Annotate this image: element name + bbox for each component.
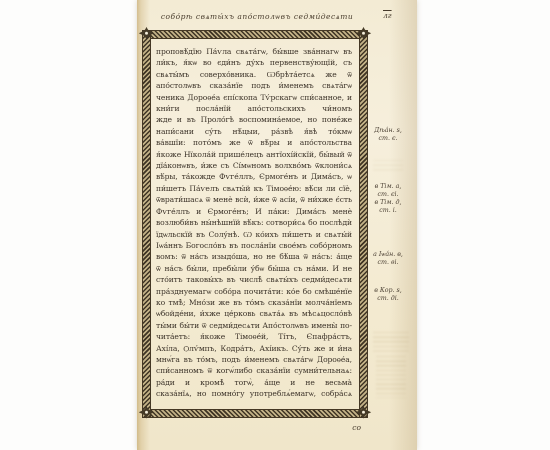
corner-flourish-icon xyxy=(355,405,372,422)
frame-band-bottom xyxy=(142,409,368,418)
frame-band-top xyxy=(142,30,368,39)
text-line: Іѡа́ннъ Богосло́въ въ посла́нїи свое́мъ … xyxy=(156,240,352,251)
margin-note: а Іѡа́н. в, ст. ѳі. xyxy=(370,251,406,267)
text-line: їдѡльскїй въ Солу́нѣ. Ѡ ко́ихъ пи́шетъ и… xyxy=(156,229,352,240)
margin-note: в Кор. ѕ, ст. ді. xyxy=(370,287,406,303)
text-line: пи́шетъ Па́ѵелъ свѧты́й къ Тімоѳе́ю: вѣ́… xyxy=(156,183,352,194)
text-line: ченика Дороѳе́а єпі́скопа Тѵ́рскагѡ спи́… xyxy=(156,92,352,103)
text-line: дїа́конѡвъ, и́же съ Сі́мѡномъ волхво́мъ … xyxy=(156,160,352,171)
text-line: кни́ги посла́нїй апо́стольскихъ чи́номъ … xyxy=(156,103,352,114)
text-line: Фѵге́ллъ и Єрмоге́нъ; И па́ки: Дима́съ м… xyxy=(156,206,352,217)
text-line: пра́зднуемагѡ собо́ра почита́ти: ко́е бо… xyxy=(156,286,352,297)
text-line: напи́сани су́ть нѣ́цыи, ра́звѣ я́вѣ то́к… xyxy=(156,126,352,137)
text-line: вѣ́ры, та́кожде Фѵге́ллъ, Єрмоге́нъ и Ди… xyxy=(156,171,352,182)
corner-flourish-icon xyxy=(138,26,155,43)
screenshot-canvas: собо́рѣ свѧты́хъ апо́столѡвъ седми́десѧт… xyxy=(0,0,550,450)
frame-band-right xyxy=(359,30,368,418)
text-line: ва́вшїи: пото́мъ же ѿ вѣ́ры и апо́стольс… xyxy=(156,137,352,148)
running-header: собо́рѣ свѧты́хъ апо́столѡвъ седми́десѧт… xyxy=(145,12,369,21)
corner-flourish-icon xyxy=(355,26,372,43)
text-line: жде и въ Проло́гѣ воспомина́емое, но пон… xyxy=(156,114,352,125)
text-line: вомъ: ѿ на́съ изыдо́ша, но не бѣ́ша ѿ на… xyxy=(156,251,352,262)
bleedthrough-smudge xyxy=(373,160,403,174)
text-line: возлюби́въ ны́нѣшнїй вѣ́къ: сотвори́сѧ б… xyxy=(156,217,352,228)
text-line: ты́ми бы́ти ѿ седми́десѧти Апо́столѡвъ и… xyxy=(156,320,352,331)
text-line: проповѣ́дїю Па́ѵла свѧта́гѡ, бы́вше зва́… xyxy=(156,46,352,57)
bleedthrough-smudge xyxy=(376,356,406,398)
body-text: проповѣ́дїю Па́ѵла свѧта́гѡ, бы́вше зва́… xyxy=(156,46,352,402)
folio-number: лг xyxy=(383,11,392,20)
text-line: ли́къ, я́кѡ во єди́нъ ду́хъ первенству́ю… xyxy=(156,57,352,68)
margin-note: Дѣа́н. ѕ, ст. є. xyxy=(370,127,406,143)
text-line: сто́итъ таковы́хъ въ числѣ̀ свѧты́хъ сед… xyxy=(156,274,352,285)
margin-note: в Тім. а, ст. єі. в Тім. д, ст. і. xyxy=(370,183,406,215)
text-line: ра́ди и кромѣ̀ тогѡ̀, а́ще и не весьма̀ … xyxy=(156,377,352,388)
text-line: я́коже Нїкола́й прише́лецъ антїохі́йскїй… xyxy=(156,149,352,160)
text-line: чита́етъ: я́коже Тімоѳе́й, Ті́тъ, Єпафра… xyxy=(156,331,352,342)
text-line: сказа́нїѧ, но помно́гу употреблѧ́емагѡ, … xyxy=(156,388,352,399)
text-line: Ахі́ла, Ѻлѵ́мпъ, Кодра́тъ, Ахі́икъ. Су́т… xyxy=(156,343,352,354)
text-line: ѿ на́съ бы́ли, пребы́ли у́бѡ бы́ша съ на… xyxy=(156,263,352,274)
catchword: со xyxy=(327,423,361,432)
text-line: ѿврати́шасѧ ѿ менѐ всѝ, и́же ѿ асі́и, ѿ … xyxy=(156,194,352,205)
bleedthrough-smudge xyxy=(373,332,409,352)
book-page-scan: собо́рѣ свѧты́хъ апо́столѡвъ седми́десѧт… xyxy=(137,0,417,450)
text-line: спи́санномъ ѿ когѡ́либо сказа́нїи сумни́… xyxy=(156,365,352,376)
text-line: апо́столѡвъ сказа́нїе подъ и́менемъ свѧт… xyxy=(156,80,352,91)
text-line: ко тмѣ̀; Мно́зи же въ то́мъ сказа́нїи мо… xyxy=(156,297,352,308)
text-line: мнѡ́га въ то́мъ, подъ и́менемъ свѧта́гѡ … xyxy=(156,354,352,365)
frame-band-left xyxy=(142,30,151,418)
text-line: ѡбойде́ни, и́хже це́рковь свѧта́ѧ въ мѣс… xyxy=(156,308,352,319)
text-line: свѧты́мъ соверхо́вника. Ѡбрѣта́етсѧ же ѿ… xyxy=(156,69,352,80)
corner-flourish-icon xyxy=(138,405,155,422)
